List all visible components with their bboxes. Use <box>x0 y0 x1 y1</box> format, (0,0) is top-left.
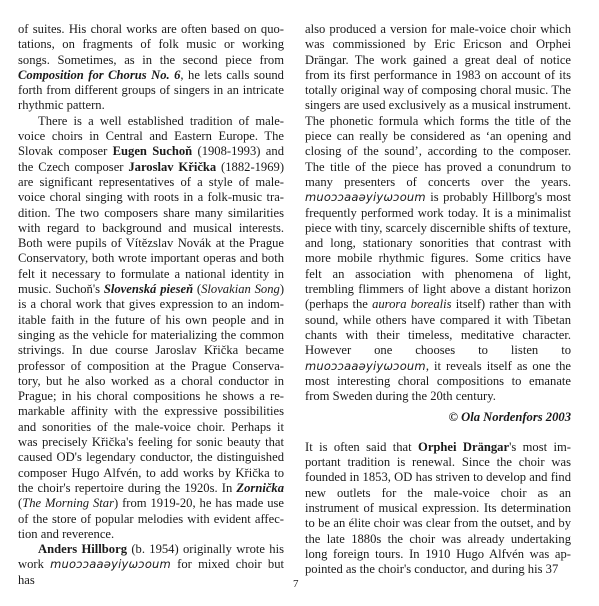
paragraph-suites: of suites. His choral works are often ba… <box>18 22 284 114</box>
work-title-slovenska-piesen: Slovenská pieseň <box>104 282 193 296</box>
work-title-hillborg: muoɔɔaaəyiyωɔoum <box>50 557 171 571</box>
paragraph-hillborg-continued: also produced a version for male-voice c… <box>305 22 571 404</box>
work-title-hillborg: muoɔɔaaəyiyωɔoum <box>305 190 426 204</box>
right-column: also produced a version for male-voice c… <box>305 22 571 577</box>
work-translation-slovakian-song: Slovakian Song <box>201 282 280 296</box>
paragraph-central-europe: There is a well established tradition of… <box>18 114 284 542</box>
text: also produced a version for male-voice c… <box>305 22 571 189</box>
text: is probably Hillborg's most frequently p… <box>305 190 571 311</box>
work-title-zornicka: Zornička <box>236 481 284 495</box>
spacer <box>305 426 571 440</box>
choir-name: Orphei Drängar <box>418 440 509 454</box>
text: of suites. His choral works are often ba… <box>18 22 284 67</box>
aurora-borealis: aurora borealis <box>372 297 452 311</box>
composer-hillborg: Anders Hillborg <box>38 542 127 556</box>
author-signature: © Ola Nordenfors 2003 <box>305 410 571 425</box>
text: (1882-1969) are significant representati… <box>18 160 284 296</box>
work-title-hillborg: muoɔɔaaəyiyωɔoum <box>305 359 426 373</box>
text: It is often said that <box>305 440 418 454</box>
text: ) is a choral work that gives expression… <box>18 282 284 495</box>
left-column: of suites. His choral works are often ba… <box>18 22 284 588</box>
work-translation-morning-star: The Morning Star <box>22 496 114 510</box>
composer-kricka: Jaroslav Křička <box>128 160 216 174</box>
paragraph-orphei-drangar: It is often said that Orphei Drängar's m… <box>305 440 571 578</box>
composer-suchon: Eugen Suchoň <box>113 144 193 158</box>
work-title-composition-for-chorus: Composition for Chorus No. 6 <box>18 68 180 82</box>
paragraph-hillborg: Anders Hillborg (b. 1954) originally wro… <box>18 542 284 588</box>
text: ( <box>193 282 201 296</box>
text: 's most im­portant tradition is renewal.… <box>305 440 571 576</box>
page-number: 7 <box>293 578 299 590</box>
